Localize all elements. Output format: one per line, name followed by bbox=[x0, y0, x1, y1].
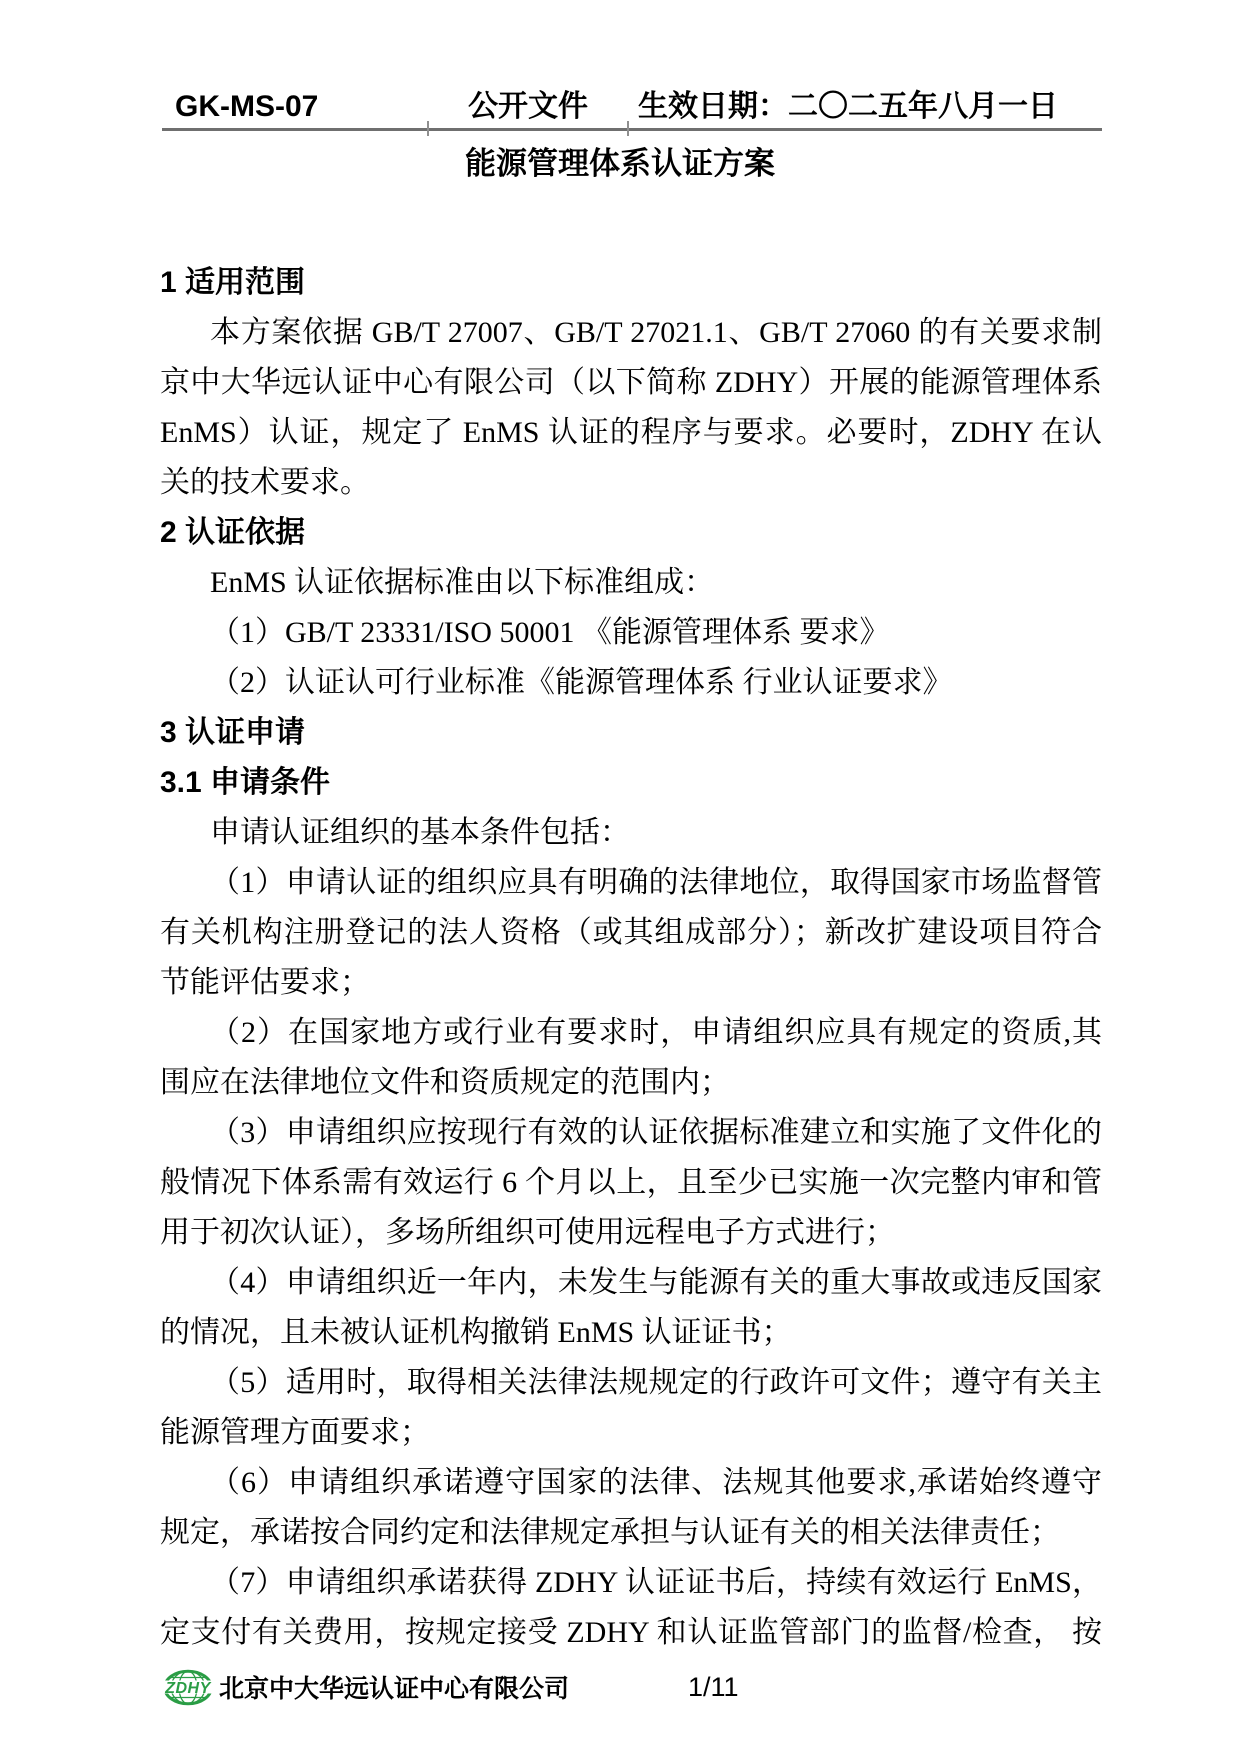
body-line: 申请认证组织的基本条件包括： bbox=[160, 808, 1102, 858]
body-line: （1）申请认证的组织应具有明确的法律地位，取得国家市场监督管理部门或 bbox=[160, 858, 1102, 908]
body-line: （4）申请组织近一年内，未发生与能源有关的重大事故或违反国家相关法规 bbox=[160, 1258, 1102, 1308]
doc-classification: 公开文件 bbox=[428, 86, 628, 128]
document-body: 1 适用范围本方案依据 GB/T 27007、GB/T 27021.1、GB/T… bbox=[160, 258, 1102, 1658]
body-line: 本方案依据 GB/T 27007、GB/T 27021.1、GB/T 27060… bbox=[160, 308, 1102, 358]
body-line: （2）在国家地方或行业有要求时，申请组织应具有规定的资质,其申请认证范 bbox=[160, 1008, 1102, 1058]
body-line: （7）申请组织承诺获得 ZDHY 认证证书后，持续有效运行 EnMS，按认证合同… bbox=[160, 1558, 1102, 1608]
body-line: 能源管理方面要求； bbox=[160, 1408, 1102, 1458]
body-line: 有关机构注册登记的法人资格（或其组成部分）；新改扩建设项目符合法规规定的 bbox=[160, 908, 1102, 958]
body-line: 般情况下体系需有效运行 6 个月以上，且至少已实施一次完整内审和管理评审（适 bbox=[160, 1158, 1102, 1208]
zdhy-globe-logo-icon: ZDHY bbox=[163, 1669, 213, 1706]
body-line: EnMS）认证，规定了 EnMS 认证的程序与要求。必要时，ZDHY 在认证合同… bbox=[160, 408, 1102, 458]
body-line: 京中大华远认证中心有限公司（以下简称 ZDHY）开展的能源管理体系（以下简称 bbox=[160, 358, 1102, 408]
effective-date: 生效日期：二〇二五年八月一日 bbox=[628, 86, 1102, 128]
header-column-divider bbox=[427, 121, 429, 136]
doc-code: GK-MS-07 bbox=[162, 86, 428, 128]
body-line: 规定，承诺按合同约定和法律规定承担与认证有关的相关法律责任； bbox=[160, 1508, 1102, 1558]
body-line: 用于初次认证），多场所组织可使用远程电子方式进行； bbox=[160, 1208, 1102, 1258]
logo-text: ZDHY bbox=[164, 1680, 211, 1697]
body-line: 围应在法律地位文件和资质规定的范围内； bbox=[160, 1058, 1102, 1108]
body-line: （6）申请组织承诺遵守国家的法律、法规其他要求,承诺始终遵守认证的有关 bbox=[160, 1458, 1102, 1508]
body-line: 关的技术要求。 bbox=[160, 458, 1102, 508]
footer-company-name: 北京中大华远认证中心有限公司 bbox=[219, 1671, 569, 1707]
body-line: （3）申请组织应按现行有效的认证依据标准建立和实施了文件化的 EnMS，一 bbox=[160, 1108, 1102, 1158]
body-line: （1）GB/T 23331/ISO 50001 《能源管理体系 要求》 bbox=[160, 608, 1102, 658]
section-heading: 1 适用范围 bbox=[160, 258, 1102, 308]
body-line: （5）适用时，取得相关法律法规规定的行政许可文件；遵守有关主管部门对 bbox=[160, 1358, 1102, 1408]
body-line: 定支付有关费用，按规定接受 ZDHY 和认证监管部门的监督/检查， 按 ZDHY… bbox=[160, 1608, 1102, 1658]
body-line: EnMS 认证依据标准由以下标准组成： bbox=[160, 558, 1102, 608]
body-line: 的情况，且未被认证机构撤销 EnMS 认证证书； bbox=[160, 1308, 1102, 1358]
document-page: GK-MS-07 公开文件 生效日期：二〇二五年八月一日 能源管理体系认证方案 … bbox=[0, 0, 1240, 1754]
header-column-divider bbox=[627, 121, 629, 136]
page-header: GK-MS-07 公开文件 生效日期：二〇二五年八月一日 bbox=[162, 80, 1102, 131]
section-heading: 2 认证依据 bbox=[160, 508, 1102, 558]
footer-page-number: 1/11 bbox=[688, 1669, 739, 1705]
section-heading: 3.1 申请条件 bbox=[160, 758, 1102, 808]
section-heading: 3 认证申请 bbox=[160, 708, 1102, 758]
document-title: 能源管理体系认证方案 bbox=[0, 144, 1240, 184]
body-line: （2）认证认可行业标准《能源管理体系 行业认证要求》 bbox=[160, 658, 1102, 708]
body-line: 节能评估要求； bbox=[160, 958, 1102, 1008]
